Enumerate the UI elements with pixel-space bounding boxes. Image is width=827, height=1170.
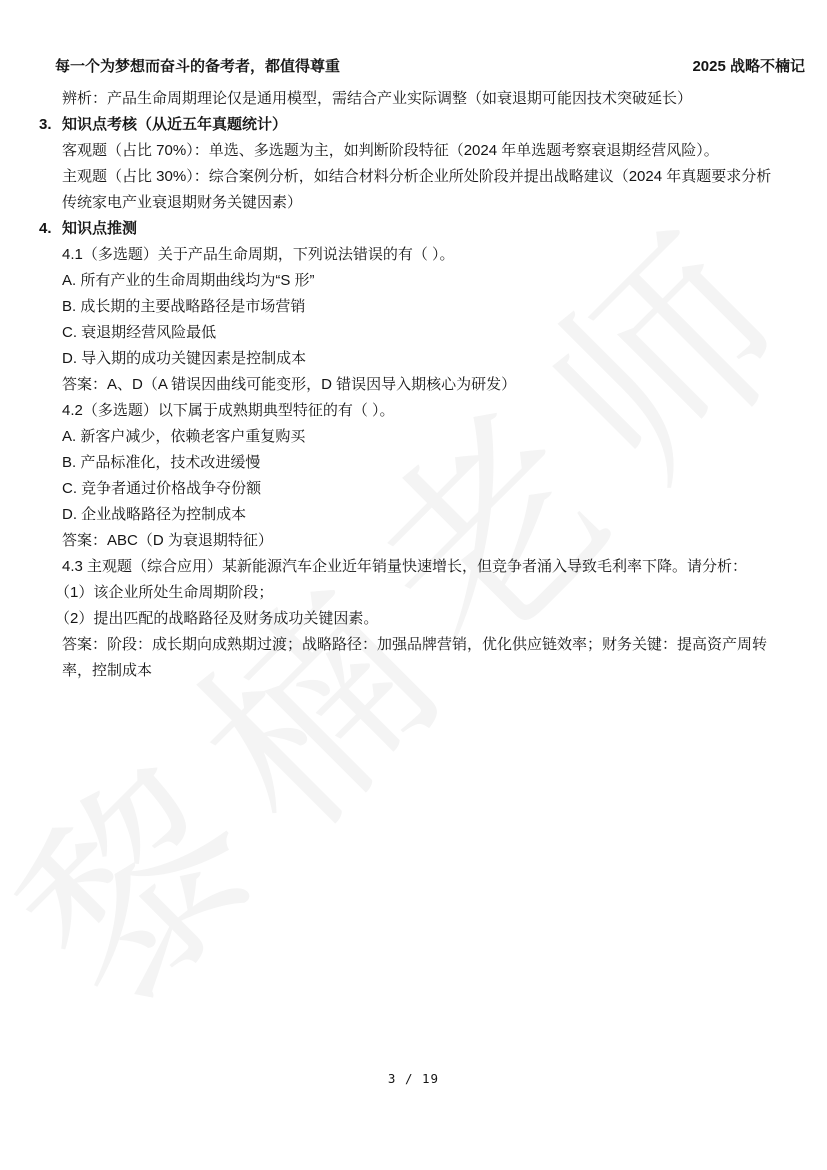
page-header: 每一个为梦想而奋斗的备考者，都值得尊重 2025 战略不楠记: [55, 55, 805, 76]
line-text: D. 企业战略路径为控制成本: [62, 506, 246, 523]
text-line: 主观题（占比 30%）：综合案例分析，如结合材料分析企业所处阶段并提出战略建议（…: [0, 164, 827, 190]
line-text: 答案：ABC（D 为衰退期特征）: [62, 532, 273, 549]
text-line: 辨析：产品生命周期理论仅是通用模型，需结合产业实际调整（如衰退期可能因技术突破延…: [0, 86, 827, 112]
text-line: 3. 知识点考核（从近五年真题统计）: [0, 112, 827, 138]
text-line: B. 产品标准化，技术改进缓慢: [0, 450, 827, 476]
page-number: 3 / 19: [0, 1071, 827, 1086]
line-text: 客观题（占比 70%）：单选、多选题为主，如判断阶段特征（2024 年单选题考察…: [62, 142, 719, 159]
line-text: 率，控制成本: [62, 662, 152, 679]
text-line: 4.3 主观题（综合应用）某新能源汽车企业近年销量快速增长，但竞争者涌入导致毛利…: [0, 554, 827, 580]
text-line: 答案：A、D（A 错误因曲线可能变形，D 错误因导入期核心为研发）: [0, 372, 827, 398]
line-text: 辨析：产品生命周期理论仅是通用模型，需结合产业实际调整（如衰退期可能因技术突破延…: [62, 90, 692, 107]
text-line: （2）提出匹配的战略路径及财务成功关键因素。: [0, 606, 827, 632]
line-text: D. 导入期的成功关键因素是控制成本: [62, 350, 306, 367]
text-line: （1）该企业所处生命周期阶段；: [0, 580, 827, 606]
line-text: C. 衰退期经营风险最低: [62, 324, 216, 341]
line-text: C. 竞争者通过价格战争夺份额: [62, 480, 261, 497]
text-line: 客观题（占比 70%）：单选、多选题为主，如判断阶段特征（2024 年单选题考察…: [0, 138, 827, 164]
header-book-title: 2025 战略不楠记: [692, 55, 805, 76]
list-number: 3.: [39, 112, 52, 138]
text-line: 传统家电产业衰退期财务关键因素）: [0, 190, 827, 216]
text-line: A. 所有产业的生命周期曲线均为“S 形”: [0, 268, 827, 294]
text-line: 答案：ABC（D 为衰退期特征）: [0, 528, 827, 554]
line-text: （2）提出匹配的战略路径及财务成功关键因素。: [55, 610, 378, 627]
text-line: 率，控制成本: [0, 658, 827, 684]
line-text: （1）该企业所处生命周期阶段；: [55, 584, 273, 601]
text-line: B. 成长期的主要战略路径是市场营销: [0, 294, 827, 320]
text-line: C. 衰退期经营风险最低: [0, 320, 827, 346]
line-text: 答案：阶段：成长期向成熟期过渡；战略路径：加强品牌营销，优化供应链效率；财务关键…: [62, 636, 767, 653]
text-line: D. 导入期的成功关键因素是控制成本: [0, 346, 827, 372]
line-text: 传统家电产业衰退期财务关键因素）: [62, 194, 302, 211]
text-line: D. 企业战略路径为控制成本: [0, 502, 827, 528]
text-line: 4. 知识点推测: [0, 216, 827, 242]
text-line: A. 新客户减少，依赖老客户重复购买: [0, 424, 827, 450]
line-text: B. 成长期的主要战略路径是市场营销: [62, 298, 305, 315]
text-line: C. 竞争者通过价格战争夺份额: [0, 476, 827, 502]
header-motto: 每一个为梦想而奋斗的备考者，都值得尊重: [55, 55, 340, 76]
line-text: B. 产品标准化，技术改进缓慢: [62, 454, 260, 471]
line-text: 答案：A、D（A 错误因曲线可能变形，D 错误因导入期核心为研发）: [62, 376, 516, 393]
line-text: 4.2（多选题）以下属于成熟期典型特征的有（ ）。: [62, 402, 395, 419]
text-line: 4.1（多选题）关于产品生命周期，下列说法错误的有（ ）。: [0, 242, 827, 268]
document-page: 黎楠老师 每一个为梦想而奋斗的备考者，都值得尊重 2025 战略不楠记 辨析：产…: [0, 0, 827, 1170]
line-text: 4.1（多选题）关于产品生命周期，下列说法错误的有（ ）。: [62, 246, 455, 263]
line-text: 知识点考核（从近五年真题统计）: [62, 116, 287, 133]
document-body: 辨析：产品生命周期理论仅是通用模型，需结合产业实际调整（如衰退期可能因技术突破延…: [0, 86, 827, 684]
line-text: 知识点推测: [62, 220, 137, 237]
line-text: 4.3 主观题（综合应用）某新能源汽车企业近年销量快速增长，但竞争者涌入导致毛利…: [62, 558, 747, 575]
text-line: 4.2（多选题）以下属于成熟期典型特征的有（ ）。: [0, 398, 827, 424]
line-text: A. 新客户减少，依赖老客户重复购买: [62, 428, 305, 445]
line-text: 主观题（占比 30%）：综合案例分析，如结合材料分析企业所处阶段并提出战略建议（…: [62, 168, 771, 185]
text-line: 答案：阶段：成长期向成熟期过渡；战略路径：加强品牌营销，优化供应链效率；财务关键…: [0, 632, 827, 658]
list-number: 4.: [39, 216, 52, 242]
line-text: A. 所有产业的生命周期曲线均为“S 形”: [62, 272, 315, 289]
